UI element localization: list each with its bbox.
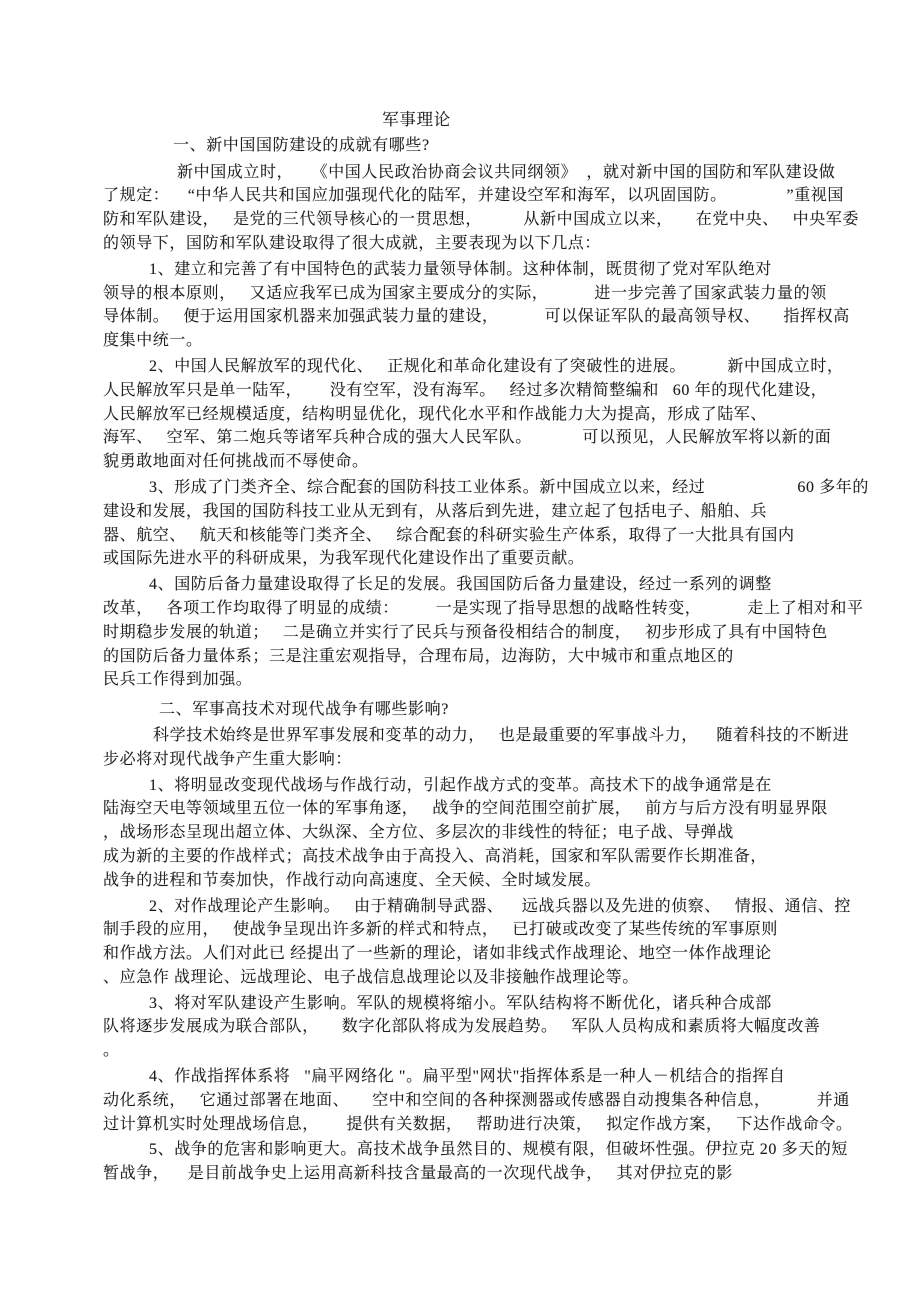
text-line: 防和军队建设， 是党的三代领导核心的一贯思想， 从新中国成立以来， 在党中央、 … <box>103 208 920 232</box>
numbered-item-line: 4、作战指挥体系将 "扁平网络化 "。扁平型"网状"指挥体系是一种人－机结合的指… <box>103 1065 920 1089</box>
text-line: 了规定： “中华人民共和国应加强现代化的陆军，并建设空军和海军，以巩固国防。 ”… <box>103 184 920 208</box>
text-line: 过计算机实时处理战场信息， 提供有关数据， 帮助进行决策， 拟定作战方案， 下达… <box>103 1113 920 1137</box>
text-line: 的国防后备力量体系；三是注重宏观指导，合理布局，边海防，大中城市和重点地区的 <box>103 645 920 669</box>
numbered-item-line: 1、将明显改变现代战场与作战行动，引起作战方式的变革。高技术下的战争通常是在 <box>103 774 920 798</box>
text-line: 动化系统， 它通过部署在地面、 空中和空间的各种探测器或传感器自动搜集各种信息，… <box>103 1089 920 1113</box>
numbered-item-line: 5、战争的危害和影响更大。高技术战争虽然目的、规模有限，但破坏性强。伊拉克 20… <box>103 1138 920 1162</box>
paragraph-line: 新中国成立时， 《中国人民政治协商会议共同纲领》 ，就对新中国的国防和军队建设做 <box>103 161 920 185</box>
text-line: 和作战方法。人们对此已 经提出了一些新的理论，诸如非线式作战理论、地空一体作战理… <box>103 942 920 966</box>
text-line: 人民解放军只是单一陆军， 没有空军，没有海军。 经过多次精简整编和 60 年的现… <box>103 379 920 403</box>
text-line: 领导的根本原则， 又适应我军已成为国家主要成分的实际， 进一步完善了国家武装力量… <box>103 282 920 306</box>
text-line: 暂战争， 是目前战争史上运用高新科技含量最高的一次现代战争， 其对伊拉克的影 <box>103 1162 920 1186</box>
text-line: 改革， 各项工作均取得了明显的成绩： 一是实现了指导思想的战略性转变， 走上了相… <box>103 597 920 621</box>
document-viewport: { "document": { "title": "军事理论", "lines"… <box>0 0 920 1303</box>
numbered-item-line: 1、建立和完善了有中国特色的武装力量领导体制。这种体制，既贯彻了党对军队绝对 <box>103 258 920 282</box>
text-line: 的领导下，国防和军队建设取得了很大成就，主要表现为以下几点： <box>103 232 920 256</box>
text-line: 成为新的主要的作战样式；高技术战争由于高投入、高消耗，国家和军队需要作长期准备， <box>103 845 920 869</box>
text-line: 战争的进程和节奏加快，作战行动向高速度、全天候、全时域发展。 <box>103 869 920 893</box>
document-title: 军事理论 <box>103 108 822 132</box>
text-line: 制手段的应用， 使战争呈现出许多新的样式和特点， 已打破或改变了某些传统的军事原… <box>103 918 920 942</box>
numbered-item-line: 2、中国人民解放军的现代化、 正规化和革命化建设有了突破性的进展。 新中国成立时… <box>103 355 920 379</box>
numbered-item-line: 4、国防后备力量建设取得了长足的发展。我国国防后备力量建设，经过一系列的调整 <box>103 573 920 597</box>
text-line: 、应急作 战理论、远战理论、电子战信息战理论以及非接触作战理论等。 <box>103 966 920 990</box>
text-line: 导体制。 便于运用国家机器来加强武装力量的建设， 可以保证军队的最高领导权、 指… <box>103 305 920 329</box>
document-page: 军事理论 一、新中国国防建设的成就有哪些?新中国成立时， 《中国人民政治协商会议… <box>0 0 920 1303</box>
text-line: 或国际先进水平的科研成果，为我军现代化建设作出了重要贡献。 <box>103 547 920 571</box>
text-line: 时期稳步发展的轨道； 二是确立并实行了民兵与预备役相结合的制度， 初步形成了具有… <box>103 621 920 645</box>
text-line: ，战场形态呈现出超立体、大纵深、全方位、多层次的非线性的特征；电子战、导弹战 <box>103 821 920 845</box>
text-line: 建设和发展，我国的国防科技工业从无到有，从落后到先进，建立起了包括电子、船舶、兵 <box>103 500 920 524</box>
text-line: 人民解放军已经规模适度，结构明显优化，现代化水平和作战能力大为提高，形成了陆军、 <box>103 403 920 427</box>
paragraph-line: 科学技术始终是世界军事发展和变革的动力， 也是最重要的军事战斗力， 随着科技的不… <box>103 724 920 748</box>
text-line: 。 <box>103 1039 920 1063</box>
section-heading: 二、军事高技术对现代战争有哪些影响? <box>103 698 920 722</box>
text-line: 貌勇敢地面对任何挑战而不辱使命。 <box>103 450 920 474</box>
text-line: 队将逐步发展成为联合部队， 数字化部队将成为发展趋势。 军队人员构成和素质将大幅… <box>103 1015 920 1039</box>
section-heading: 一、新中国国防建设的成就有哪些? <box>103 134 920 158</box>
text-line: 民兵工作得到加强。 <box>103 668 920 692</box>
text-line: 步必将对现代战争产生重大影响： <box>103 748 920 772</box>
numbered-item-line: 3、将对军队建设产生影响。军队的规模将缩小。军队结构将不断优化，诸兵种合成部 <box>103 992 920 1016</box>
numbered-item-line: 3、形成了门类齐全、综合配套的国防科技工业体系。新中国成立以来，经过 60 多年… <box>103 476 920 500</box>
text-line: 度集中统一。 <box>103 329 920 353</box>
numbered-item-line: 2、对作战理论产生影响。 由于精确制导武器、 远战兵器以及先进的侦察、 情报、通… <box>103 895 920 919</box>
text-line: 海军、 空军、第二炮兵等诸军兵种合成的强大人民军队。 可以预见，人民解放军将以新… <box>103 426 920 450</box>
text-line: 陆海空天电等领域里五位一体的军事角逐， 战争的空间范围空前扩展， 前方与后方没有… <box>103 797 920 821</box>
document-body: 一、新中国国防建设的成就有哪些?新中国成立时， 《中国人民政治协商会议共同纲领》… <box>103 134 920 1186</box>
text-line: 器、航空、 航天和核能等门类齐全、 综合配套的科研实验生产体系，取得了一大批具有… <box>103 524 920 548</box>
